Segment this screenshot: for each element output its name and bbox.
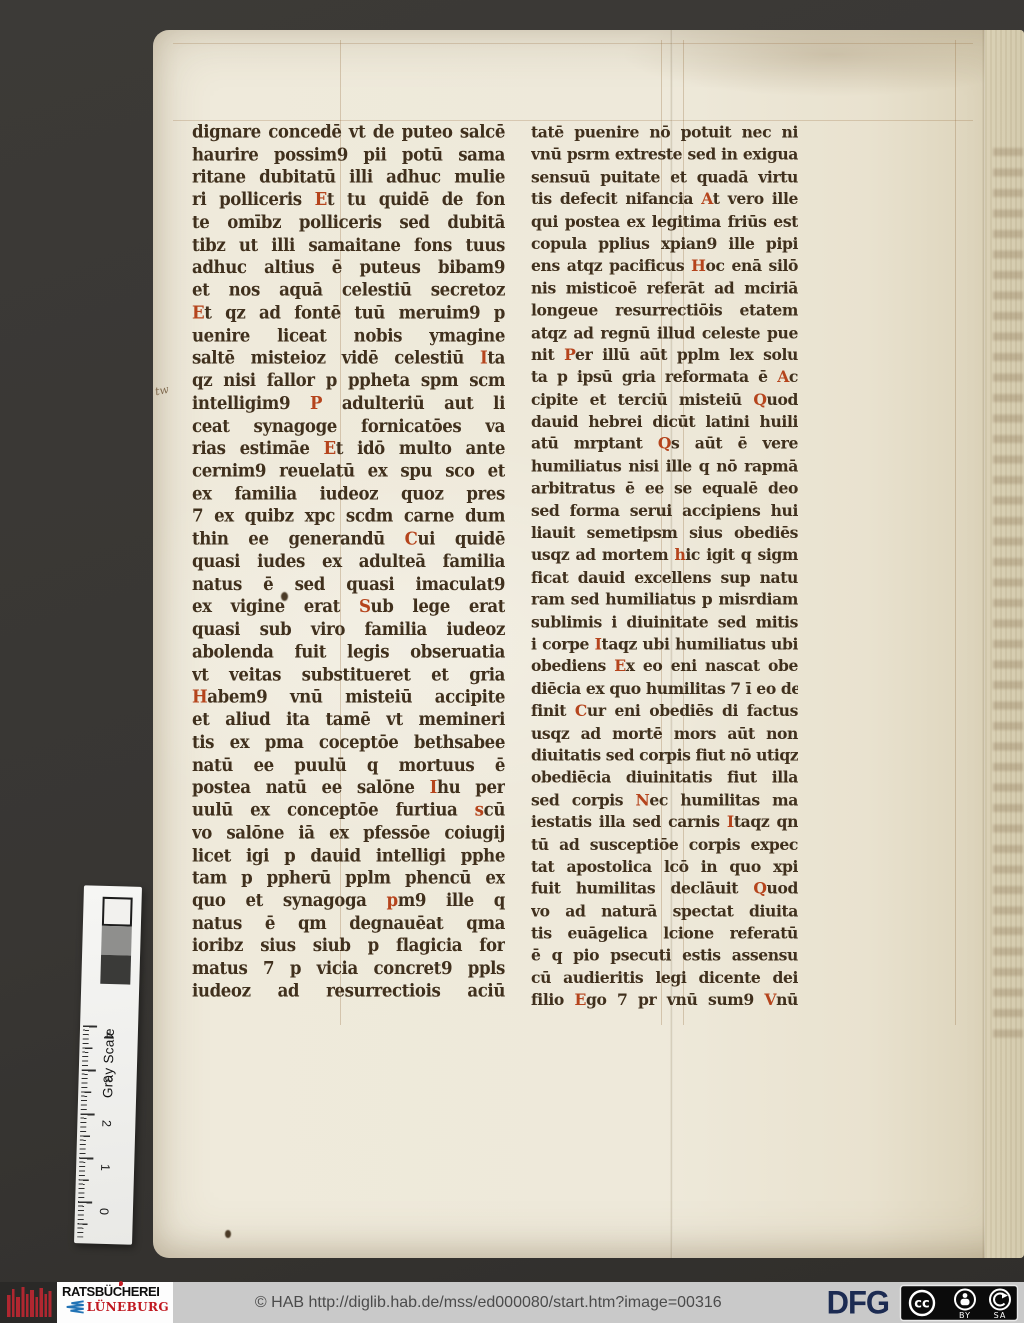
manuscript-line: quasi sub viro familia iudeoz xyxy=(192,618,505,641)
manuscript-line: tat apostolica lcō in quo xpi xyxy=(531,855,798,877)
manuscript-line: et aliud ita tamē vt memineri xyxy=(192,709,505,732)
manuscript-line: cū audieritis legi dicente dei xyxy=(531,966,798,988)
manuscript-line: tū ad susceptiōe corpis expec xyxy=(531,833,798,855)
ruler-number: 2 xyxy=(99,1120,113,1134)
library-logo-text: RATSBÜCHEREI xyxy=(62,1284,160,1299)
manuscript-line: te omībz polliceris sed dubitā xyxy=(192,211,505,234)
library-logo: RATSBÜCHEREI LÜNEBURG xyxy=(57,1282,173,1323)
manuscript-line: ex familia iudeoz quoz pres xyxy=(192,483,505,506)
manuscript-line: uenire liceat nobis ymagine xyxy=(192,324,505,347)
manuscript-line: ri polliceris Et tu quidē de fon xyxy=(192,189,505,212)
manuscript-line: 7 ex quibz xpc scdm carne dum xyxy=(192,505,505,528)
manuscript-line: rias estimāe Et idō multo ante xyxy=(192,437,505,460)
manuscript-line: ex vigine erat Sub lege erat xyxy=(192,596,505,619)
manuscript-line: haurire possim9 pii potū sama xyxy=(192,144,505,167)
manuscript-line: qz nisi fallor p ppheta spm scm xyxy=(192,370,505,393)
manuscript-line: vnū psrm extreste sed in exigua xyxy=(531,143,798,165)
manuscript-line: tis ex pma coceptōe bethsabee xyxy=(192,731,505,754)
manuscript-line: cipite et terciū misteiū Quod xyxy=(531,388,798,410)
ruler-number: 0 xyxy=(97,1208,111,1222)
manuscript-line: arbitratus ē ee se equalē deo xyxy=(531,477,798,499)
svg-text:SA: SA xyxy=(994,1311,1007,1320)
manuscript-line: vo salōne iā ex pfessōe coiugij xyxy=(192,822,505,845)
manuscript-line: tibz ut illi samaitane fons tuus xyxy=(192,234,505,257)
cc-license-badge[interactable]: cc BY SA xyxy=(899,1284,1019,1322)
manuscript-line: atqz ad regnū illud celeste pue xyxy=(531,321,798,343)
ink-speck xyxy=(225,1230,231,1238)
manuscript-line: ens atqz pacificus Hoc enā silō xyxy=(531,254,798,276)
ruler-ticks xyxy=(77,1025,99,1237)
manuscript-line: tam p ppherū pplm phencū ex xyxy=(192,867,505,890)
ruler-number: 4 xyxy=(102,1032,116,1046)
manuscript-line: diēcia ex quo humilitas 7 ī eo de xyxy=(531,677,798,699)
manuscript-line: qui postea ex legitima friūs est xyxy=(531,210,798,232)
manuscript-line: usqz ad mortē mors aūt non xyxy=(531,722,798,744)
manuscript-line: licet igi p dauid intelligi pphe xyxy=(192,844,505,867)
book-waves-icon xyxy=(62,1299,85,1314)
manuscript-line: longeue resurrectiōis etatem xyxy=(531,299,798,321)
manuscript-line: ta p ipsū gria reformata ē Ac xyxy=(531,366,798,388)
manuscript-line: humiliatus nisi ille q nō rapmā xyxy=(531,455,798,477)
ruling-line xyxy=(173,43,973,44)
text-column-left: dignare concedē vt de puteo salcēhaurire… xyxy=(192,121,505,1003)
manuscript-line: ficat dauid excellens sup natu xyxy=(531,566,798,588)
manuscript-line: iudeoz ad resurrectiois aciū xyxy=(192,980,505,1003)
manuscript-line: obediens Ex eo eni nascat obe xyxy=(531,655,798,677)
manuscript-line: ioribz sius siub p flagicia for xyxy=(192,935,505,958)
manuscript-line: Et qz ad fontē tuū meruim9 p xyxy=(192,302,505,325)
manuscript-line: atū mrptant Qs aūt ē vere xyxy=(531,432,798,454)
ruler-number: 1 xyxy=(98,1164,112,1178)
manuscript-line: sed forma serui accipiens hui xyxy=(531,499,798,521)
text-column-right: tatē puenire nō potuit nec nivnū psrm ex… xyxy=(531,121,798,1011)
manuscript-line: dignare concedē vt de puteo salcē xyxy=(192,121,505,144)
manuscript-line: quo et synagoga pm9 ille q xyxy=(192,890,505,913)
manuscript-line: iestatis illa sed carnis Itaqz qn xyxy=(531,811,798,833)
ruler-number: 3 xyxy=(100,1076,114,1090)
manuscript-line: matus 7 p vicia concret9 ppls xyxy=(192,957,505,980)
manuscript-line: nis misticoē referāt ad mciriā xyxy=(531,277,798,299)
manuscript-line: filio Ego 7 pr vnū sum9 Vnū xyxy=(531,989,798,1011)
manuscript-line: tatē puenire nō potuit nec ni xyxy=(531,121,798,143)
gray-scale-card: Gray Scale 43210 xyxy=(74,885,142,1244)
manuscript-line: sed corpis Nec humilitas ma xyxy=(531,788,798,810)
library-logo-mark xyxy=(0,1282,57,1323)
manuscript-line: sensuū puitate et quadā virtu xyxy=(531,165,798,187)
footer-bar: RATSBÜCHEREI LÜNEBURG © HAB http://digli… xyxy=(0,1282,1024,1323)
manuscript-line: intelligim9 P adulteriū aut li xyxy=(192,392,505,415)
library-city-text: LÜNEBURG xyxy=(87,1300,169,1314)
dfg-logo: DFG xyxy=(827,1284,889,1322)
manuscript-line: et nos aquā celestiū secretoz xyxy=(192,279,505,302)
manuscript-line: diuitatis sed corpis fiut nō utiqz xyxy=(531,744,798,766)
manuscript-line: obediēcia diuinitatis fiut illa xyxy=(531,766,798,788)
manuscript-line: quasi iudes ex adulteā familia xyxy=(192,550,505,573)
manuscript-line: ritane dubitatū illi adhuc mulie xyxy=(192,166,505,189)
manuscript-line: abolenda fuit legis obseruatia xyxy=(192,641,505,664)
manuscript-line: ceat synagoge fornicatōes va xyxy=(192,415,505,438)
gray-scale-patch-white xyxy=(102,897,133,927)
manuscript-line: sublimis i diuinitate sed mitis xyxy=(531,610,798,632)
manuscript-line: ram sed humiliatus p misrdiam xyxy=(531,588,798,610)
logo-flame-dot xyxy=(119,1281,123,1286)
manuscript-line: liauit semetipsm sius obediēs xyxy=(531,521,798,543)
manuscript-line: ē q pio psecuti estis assensu xyxy=(531,944,798,966)
manuscript-line: tis defecit nifancia At vero ille xyxy=(531,188,798,210)
manuscript-line: tis euāgelica lcione referatū xyxy=(531,922,798,944)
manuscript-line: adhuc altius ē puteus bibam9 xyxy=(192,257,505,280)
manuscript-line: natus ē qm degnauēat qma xyxy=(192,912,505,935)
manuscript-line: usqz ad mortem hic igit q sigm xyxy=(531,544,798,566)
manuscript-line: postea natū ee salōne Ihu per xyxy=(192,777,505,800)
manuscript-line: i corpe Itaqz ubi humiliatus ubi xyxy=(531,633,798,655)
manuscript-line: Habem9 vnū misteiū accipite xyxy=(192,686,505,709)
manuscript-line: vo ad naturā spectat diuita xyxy=(531,900,798,922)
ghost-text-bleed xyxy=(993,148,1023,1046)
manuscript-line: thin ee generandū Cui quidē xyxy=(192,528,505,551)
svg-text:cc: cc xyxy=(914,1296,929,1311)
page-fold-shadow xyxy=(982,30,985,1258)
manuscript-line: dauid hebrei dicūt latini huili xyxy=(531,410,798,432)
manuscript-line: nit Per illū aūt pplm lex solu xyxy=(531,343,798,365)
manuscript-line: vt veitas substitueret et gria xyxy=(192,663,505,686)
manuscript-line: natus ē sed quasi imaculat9 xyxy=(192,573,505,596)
svg-text:BY: BY xyxy=(959,1311,971,1320)
manuscript-line: saltē misteioz vidē celestiū Ita xyxy=(192,347,505,370)
gray-scale-patch-dark xyxy=(100,955,131,985)
gray-scale-patch-mid xyxy=(101,926,132,956)
photo-backdrop: dignare concedē vt de puteo salcēhaurire… xyxy=(0,0,1024,1323)
manuscript-line: finit Cur eni obediēs di factus xyxy=(531,699,798,721)
library-logo-name: RATSBÜCHEREI xyxy=(62,1284,169,1299)
manuscript-line: copula pplius xpian9 ille pipi xyxy=(531,232,798,254)
manuscript-line: natū ee puulū q mortuus ē xyxy=(192,754,505,777)
manuscript-line: cernim9 reuelatū ex spu sco et xyxy=(192,460,505,483)
manuscript-line: uulū ex conceptōe furtiua scū xyxy=(192,799,505,822)
ruling-line xyxy=(955,40,956,1025)
organ-pipes-icon xyxy=(6,1285,52,1321)
manuscript-line: fuit humilitas declāuit Quod xyxy=(531,877,798,899)
